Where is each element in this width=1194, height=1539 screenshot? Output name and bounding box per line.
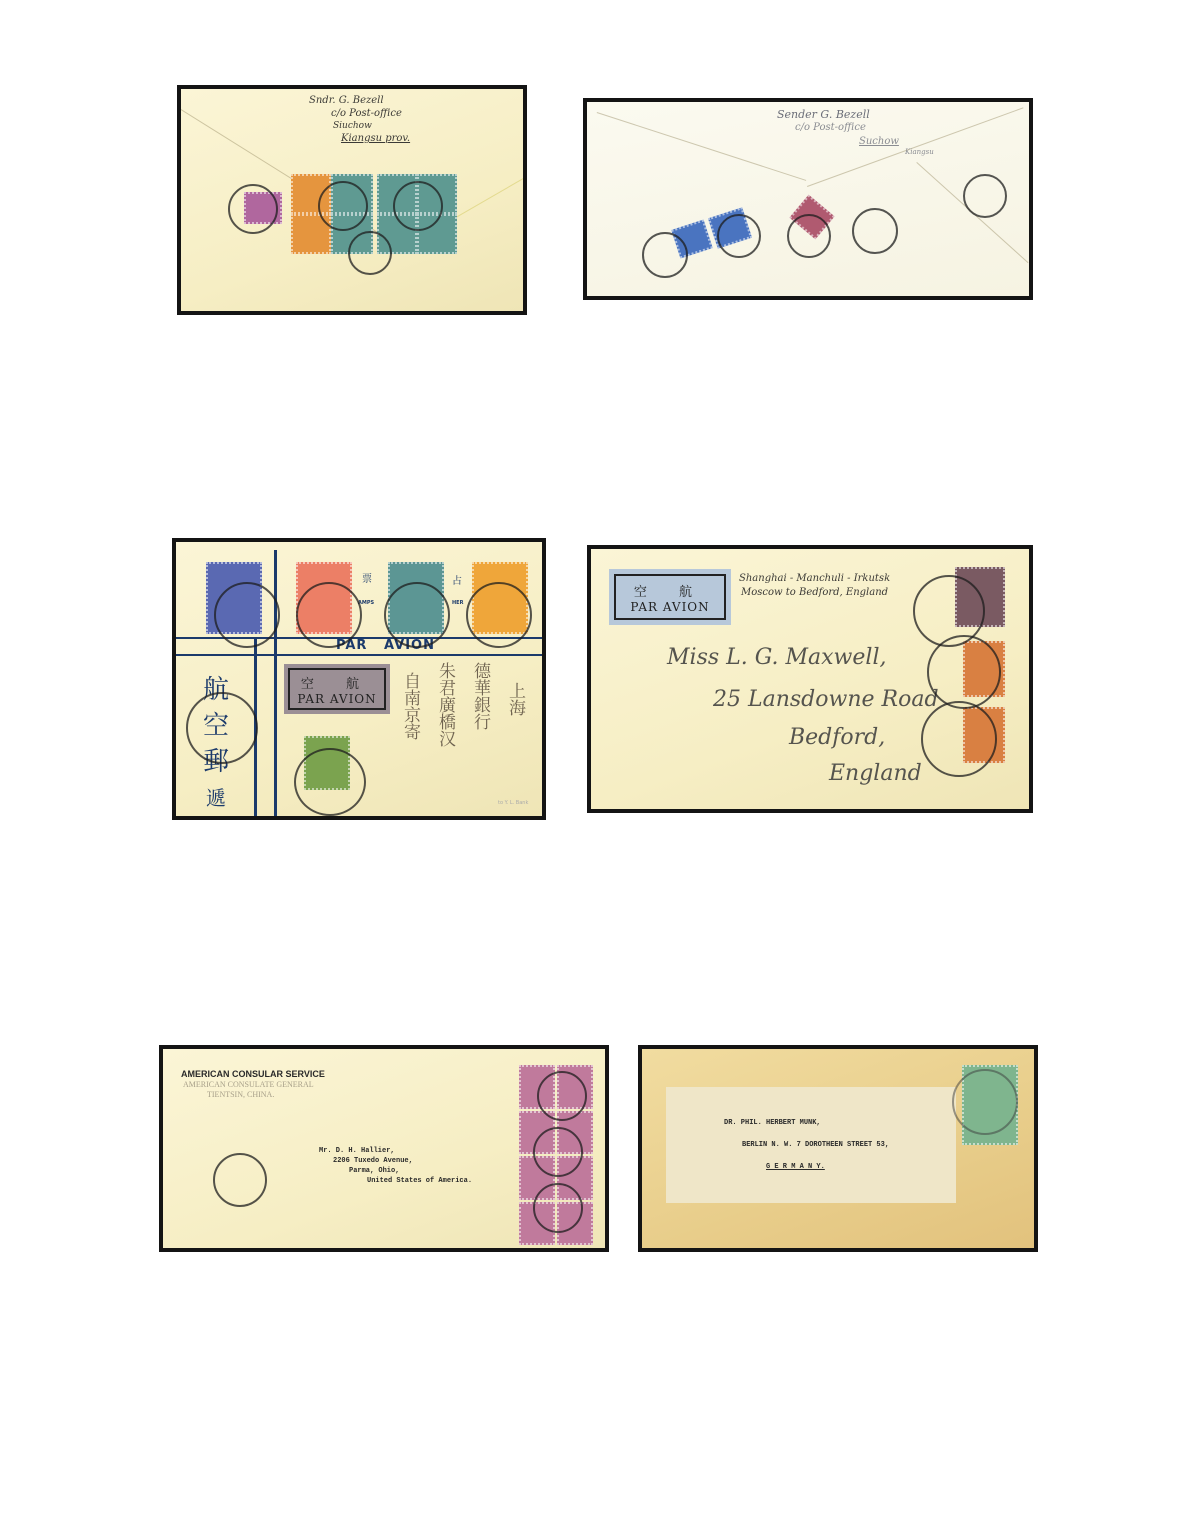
corner-sub-line: TIENTSIN, CHINA. <box>207 1090 274 1099</box>
address-line: England <box>829 761 922 786</box>
address-line: Miss L. G. Maxwell, <box>667 645 886 670</box>
cover-1-envelope-back: Sndr. G. Bezell c/o Post-office Siuchow … <box>177 85 527 315</box>
route-line: Moscow to Bedford, England <box>741 587 888 598</box>
cover-2-envelope-back: Sender G. Bezell c/o Post-office Suchow … <box>583 98 1033 300</box>
envelope-flap-edge <box>597 112 807 181</box>
cover-6-wrapper-front: DR. PHIL. HERBERT MUNK, BERLIN N. W. 7 D… <box>638 1045 1038 1252</box>
address-line: 25 Lansdowne Road <box>713 687 939 712</box>
postmark <box>642 232 688 278</box>
postmark <box>952 1069 1018 1135</box>
sender-line: Kiangsu prov. <box>341 133 410 144</box>
postmark <box>787 214 831 258</box>
postmark <box>296 582 362 648</box>
address-line: Bedford, <box>789 725 885 750</box>
postmark <box>348 231 392 275</box>
postmark <box>717 214 761 258</box>
postmark <box>852 208 898 254</box>
printed-vertical-rule <box>274 550 277 820</box>
printed-text: HER <box>452 600 463 606</box>
route-line: Shanghai - Manchuli - Irkutsk <box>739 573 890 584</box>
address-line: United States of America. <box>367 1177 472 1185</box>
sender-line: Siuchow <box>333 121 372 131</box>
cover-3-airmail-front: PAR AVION AMPS HER 票 占 空 航 PAR AVION 航 空… <box>172 538 546 820</box>
sender-line: Sndr. G. Bezell <box>309 95 384 106</box>
postmark <box>214 582 280 648</box>
address-line: DR. PHIL. HERBERT MUNK, <box>724 1119 821 1127</box>
printed-text: 票 <box>362 570 372 585</box>
cover-4-airmail-front: 空 航 PAR AVION Shanghai - Manchuli - Irku… <box>587 545 1033 813</box>
postmark <box>393 181 443 231</box>
postmark <box>537 1071 587 1121</box>
airmail-label-french: PAR AVION <box>630 600 709 614</box>
postmark <box>533 1183 583 1233</box>
address-line: Mr. D. H. Hallier, <box>319 1147 395 1155</box>
postmark <box>294 748 366 816</box>
address-line: Parma, Ohio, <box>349 1167 399 1175</box>
address-line: G E R M A N Y. <box>766 1163 825 1171</box>
airmail-label-chinese: 空 航 <box>634 581 706 600</box>
corner-sub-line: AMERICAN CONSULATE GENERAL <box>183 1080 314 1089</box>
postmark <box>213 1153 267 1207</box>
postmark <box>384 582 450 648</box>
postmark <box>186 692 258 764</box>
sender-line: Sender G. Bezell <box>777 108 870 121</box>
airmail-label-chinese: 空 航 <box>301 673 373 692</box>
pencil-note: to Y. L. Bank <box>498 800 528 806</box>
postmark <box>228 184 278 234</box>
corner-heading: AMERICAN CONSULAR SERVICE <box>181 1069 325 1079</box>
cover-5-consular-front: AMERICAN CONSULAR SERVICE AMERICAN CONSU… <box>159 1045 609 1252</box>
address-line: 2206 Tuxedo Avenue, <box>333 1157 413 1165</box>
postmark <box>533 1127 583 1177</box>
sender-line: c/o Post-office <box>331 108 402 119</box>
handwritten-chinese-address: 上海 德華銀行 朱君廣橋汉 自南京寄 <box>398 662 528 802</box>
address-line: BERLIN N. W. 7 DOROTHEEN STREET 53, <box>742 1141 889 1149</box>
printed-horizontal-rule <box>176 654 546 656</box>
sender-line: c/o Post-office <box>795 122 866 133</box>
postmark <box>963 174 1007 218</box>
postmark <box>318 181 368 231</box>
sender-line: Suchow <box>859 136 899 147</box>
airmail-label: 空 航 PAR AVION <box>609 569 731 625</box>
sender-line: Kiangsu <box>905 148 934 156</box>
postmark <box>466 582 532 648</box>
printed-text: 占 <box>452 572 462 587</box>
postmark <box>927 635 1001 709</box>
airmail-label-french: PAR AVION <box>297 692 376 706</box>
airmail-label: 空 航 PAR AVION <box>284 664 390 714</box>
postmark <box>921 701 997 777</box>
